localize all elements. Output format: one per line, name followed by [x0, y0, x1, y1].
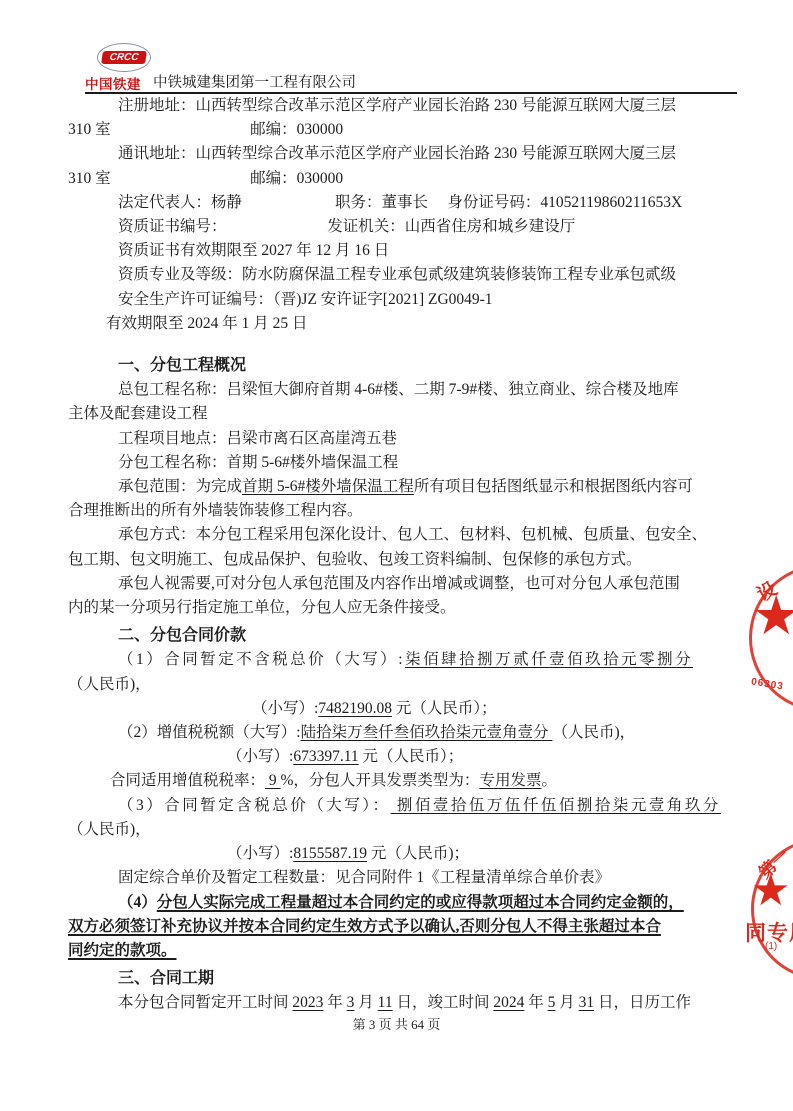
underlined-text: 捌佰壹拾伍万伍仟伍佰捌拾柒元壹角玖分 [391, 797, 721, 814]
underlined-text: 同约定的款项。 [68, 942, 177, 959]
doc-line: 分包工程名称：首期 5-6#楼外墙保温工程 [68, 451, 740, 475]
text: 二、分包合同价款 [118, 627, 246, 644]
text: 本分包合同暂定开工时间 [118, 994, 292, 1011]
doc-line: （人民币)， [68, 818, 740, 842]
text: 固定综合单价及暂定工程数量：见合同附件 1《工程量清单综合单价表》 [118, 869, 610, 886]
seal-star-icon: ★ [751, 869, 790, 913]
underlined-text: 7482190.08 [318, 700, 392, 717]
text: （小写）: [227, 845, 293, 862]
doc-line: 总包工程名称：吕梁恒大御府首期 4-6#楼、二期 7-9#楼、独立商业、综合楼及… [68, 378, 740, 402]
text: （人民币)， [552, 724, 635, 741]
text: 合同适用增值税税率： [110, 772, 265, 789]
text: 月 [555, 994, 578, 1011]
doc-line: 资质证书有效期限至 2027 年 12 月 16 日 [68, 239, 740, 263]
text: 资质证书编号： 发证机关：山西省住房和城乡建设厅 [118, 218, 575, 235]
doc-line: 通讯地址：山西转型综合改革示范区学府产业园长治路 230 号能源互联网大厦三层 [68, 142, 740, 166]
doc-line: 承包方式：本分包工程采用包深化设计、包人工、包材料、包机械、包质量、包安全、 [68, 523, 740, 547]
underlined-text: 31 [579, 994, 595, 1011]
doc-line: 固定综合单价及暂定工程数量：见合同附件 1《工程量清单综合单价表》 [68, 866, 740, 890]
text: （人民币)， [68, 821, 151, 838]
doc-line: 内的某一分项另行指定施工单位，分包人应无条件接受。 [68, 596, 740, 620]
text: （小写）: [227, 748, 293, 765]
text: 通讯地址：山西转型综合改革示范区学府产业园长治路 230 号能源互联网大厦三层 [118, 145, 676, 162]
text: 元（人民币）； [392, 700, 497, 717]
underlined-text: 9 [265, 772, 281, 789]
text: 分包工程名称：首期 5-6#楼外墙保温工程 [118, 454, 398, 471]
underlined-text: 2023 [292, 994, 323, 1011]
crcc-globe-logo-icon: CRCC [97, 43, 151, 72]
text: 所有项目包括图纸显示和根据图纸内容可 [414, 478, 693, 495]
text: （4） [118, 894, 157, 911]
text: （2）增值税税额（大写）: [118, 724, 301, 741]
underlined-text: 陆拾柒万叁仟叁佰玖拾柒元壹角壹分 [301, 724, 553, 741]
text: 注册地址：山西转型综合改革示范区学府产业园长治路 230 号能源互联网大厦三层 [118, 97, 676, 114]
doc-line: 包工期、包文明施工、包成品保护、包验收、包竣工资料编制、包保修的承包方式。 [68, 548, 740, 572]
text: 资质证书有效期限至 2027 年 12 月 16 日 [118, 242, 389, 259]
text: 承包方式：本分包工程采用包深化设计、包人工、包材料、包机械、包质量、包安全、 [118, 526, 707, 543]
text: 月 [354, 994, 377, 1011]
page-number: 第 3 页 共 64 页 [0, 1014, 793, 1033]
doc-line: 310 室 邮编：030000 [68, 167, 740, 191]
text: 资质专业及等级：防水防腐保温工程专业承包贰级建筑装修装饰工程专业承包贰级 [118, 266, 676, 283]
text: 元（人民币)； [367, 845, 469, 862]
text: 包工期、包文明施工、包成品保护、包验收、包竣工资料编制、包保修的承包方式。 [68, 551, 642, 568]
text: 310 室 邮编：030000 [68, 170, 343, 187]
doc-line: 有效期限至 2024 年 1 月 25 日 [68, 312, 740, 336]
text: （1）合同暂定不含税总价（大写）: [118, 651, 405, 668]
text: 三、合同工期 [118, 970, 214, 987]
underlined-text: 8155587.19 [293, 845, 367, 862]
doc-line: 三、合同工期 [68, 967, 740, 991]
doc-line: 合理推断出的所有外墙装饰装修工程内容。 [68, 499, 740, 523]
seal-serial-number: 06303 [750, 677, 784, 693]
text: 有效期限至 2024 年 1 月 25 日 [106, 315, 308, 332]
doc-line: 二、分包合同价款 [68, 624, 740, 648]
doc-line: （小写）:8155587.19 元（人民币)； [68, 842, 740, 866]
text: 日，竣工时间 [393, 994, 494, 1011]
text: 一、分包工程概况 [118, 357, 246, 374]
seal-index-number: (1) [765, 941, 777, 952]
underlined-text: 673397.11 [293, 748, 358, 765]
text: 总包工程名称：吕梁恒大御府首期 4-6#楼、二期 7-9#楼、独立商业、综合楼及… [118, 381, 679, 398]
official-seal-top-partial: 设 ★ 06303 [749, 564, 793, 712]
text: （人民币)， [68, 676, 151, 693]
underlined-text: 首期 5-6#楼外墙保温工程 [242, 478, 414, 495]
doc-line: 310 室 邮编：030000 [68, 118, 740, 142]
text: （小写）: [252, 700, 318, 717]
page-header: CRCC 中国铁建 中铁城建集团第一工程有限公司 [85, 42, 737, 94]
doc-line: （人民币)， [68, 673, 740, 697]
text: 内的某一分项另行指定施工单位，分包人应无条件接受。 [68, 599, 456, 616]
text: 。 [541, 772, 557, 789]
logo-brand-text: 中国铁建 [85, 73, 141, 93]
doc-line: 一、分包工程概况 [68, 354, 740, 378]
underlined-text: 2024 [493, 994, 524, 1011]
doc-line: 承包范围：为完成首期 5-6#楼外墙保温工程所有项目包括图纸显示和根据图纸内容可 [68, 475, 740, 499]
contract-page: CRCC 中国铁建 中铁城建集团第一工程有限公司 注册地址：山西转型综合改革示范… [0, 0, 793, 1111]
underlined-text: 分包人实际完成工程量超过本合同约定的或应得款项超过本合同约定金额的， [157, 894, 684, 911]
company-name: 中铁城建集团第一工程有限公司 [153, 71, 356, 92]
doc-line: 承包人视需要,可对分包人承包范围及内容作出增减或调整，也可对分包人承包范围 [68, 572, 740, 596]
text: %，分包人开具发票类型为： [281, 772, 480, 789]
doc-line: （2）增值税税额（大写）:陆拾柒万叁仟叁佰玖拾柒元壹角壹分 （人民币)， [68, 721, 740, 745]
doc-line: 合同适用增值税税率： 9 %，分包人开具发票类型为：专用发票。 [68, 769, 740, 793]
text: 法定代表人：杨静 职务：董事长 身份证号码：41052119860211653X [118, 194, 682, 211]
doc-line: 资质专业及等级：防水防腐保温工程专业承包贰级建筑装修装饰工程专业承包贰级 [68, 263, 740, 287]
text: 工程项目地点：吕梁市离石区高崖湾五巷 [118, 430, 397, 447]
doc-line: （1）合同暂定不含税总价（大写）:柒佰肆拾捌万贰仟壹佰玖拾元零捌分 [68, 648, 740, 672]
doc-line: （3）合同暂定含税总价（大写）： 捌佰壹拾伍万伍仟伍佰捌拾柒元壹角玖分 [68, 794, 740, 818]
doc-line: 工程项目地点：吕梁市离石区高崖湾五巷 [68, 427, 740, 451]
doc-line: （小写）:7482190.08 元（人民币）； [68, 697, 740, 721]
document-body: 注册地址：山西转型综合改革示范区学府产业园长治路 230 号能源互联网大厦三层3… [68, 94, 740, 1016]
doc-line: 主体及配套建设工程 [68, 402, 740, 426]
text: 元（人民币）； [359, 748, 464, 765]
text: 310 室 邮编：030000 [68, 121, 343, 138]
underlined-text: 柒佰肆拾捌万贰仟壹佰玖拾元零捌分 [405, 651, 693, 668]
doc-line: （4）分包人实际完成工程量超过本合同约定的或应得款项超过本合同约定金额的， [68, 891, 740, 915]
underlined-text: 11 [378, 994, 393, 1011]
text: （3）合同暂定含税总价（大写）： [118, 797, 391, 814]
doc-line: 同约定的款项。 [68, 939, 740, 963]
doc-line: （小写）:673397.11 元（人民币）； [68, 745, 740, 769]
crcc-logo-text: CRCC [101, 51, 147, 64]
doc-line: 法定代表人：杨静 职务：董事长 身份证号码：41052119860211653X [68, 191, 740, 215]
doc-line: 安全生产许可证编号：（晋)JZ 安许证字[2021] ZG0049-1 [68, 288, 740, 312]
text: 年 [524, 994, 547, 1011]
underlined-text: 专用发票 [479, 772, 541, 789]
doc-line: 双方必须签订补充协议并按本合同约定生效方式予以确认,否则分包人不得主张超过本合 [68, 915, 740, 939]
text: 年 [323, 994, 346, 1011]
text: 承包人视需要,可对分包人承包范围及内容作出增减或调整，也可对分包人承包范围 [118, 575, 680, 592]
text: 安全生产许可证编号：（晋)JZ 安许证字[2021] ZG0049-1 [118, 291, 493, 308]
doc-line: 注册地址：山西转型综合改革示范区学府产业园长治路 230 号能源互联网大厦三层 [68, 94, 740, 118]
doc-line: 资质证书编号： 发证机关：山西省住房和城乡建设厅 [68, 215, 740, 239]
underlined-text: 双方必须签订补充协议并按本合同约定生效方式予以确认,否则分包人不得主张超过本合 [68, 918, 661, 935]
doc-line: 本分包合同暂定开工时间 2023 年 3 月 11 日，竣工时间 2024 年 … [68, 991, 740, 1015]
text: 日，日历工作 [594, 994, 691, 1011]
official-seal-bottom-partial: 第一 ★ 同专用 (1) [751, 838, 793, 980]
seal-star-icon: ★ [752, 589, 793, 643]
text: 合理推断出的所有外墙装饰装修工程内容。 [68, 502, 363, 519]
text: 承包范围：为完成 [118, 478, 242, 495]
text: 主体及配套建设工程 [68, 405, 208, 422]
